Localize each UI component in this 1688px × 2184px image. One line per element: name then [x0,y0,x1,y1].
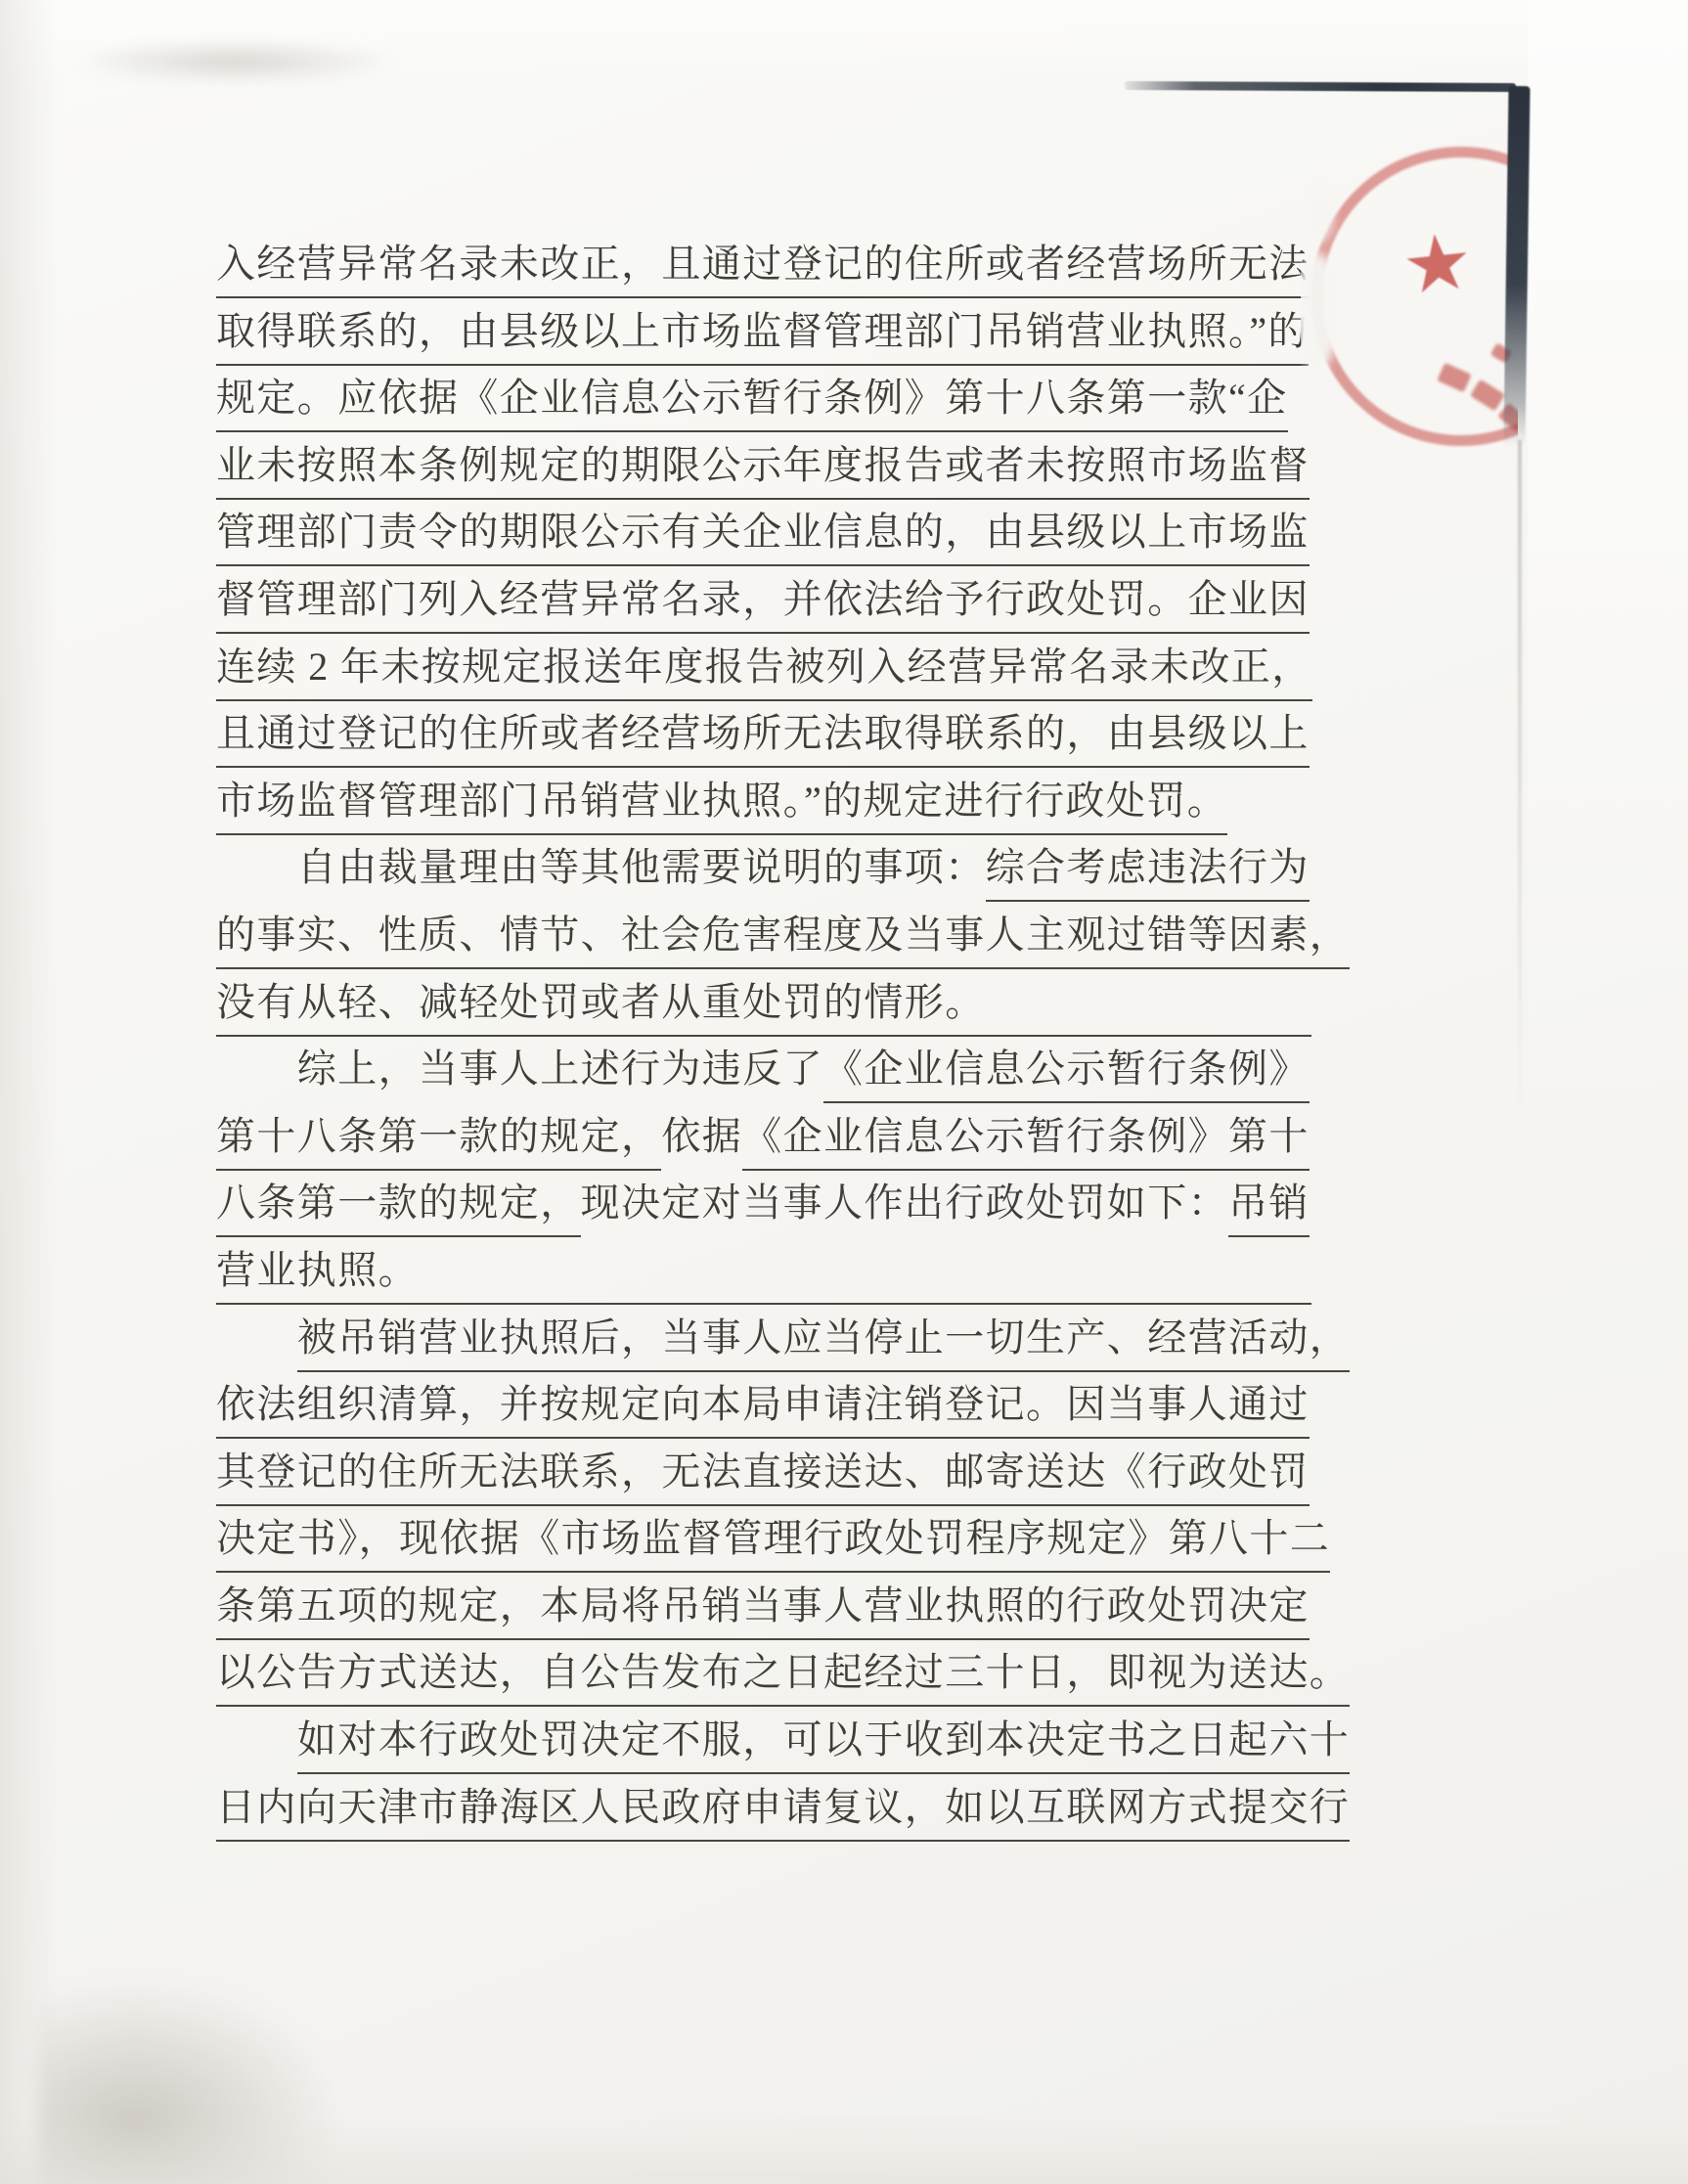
paper-shadow-bottom-left [39,1966,362,2184]
text-line: 被吊销营业执照后，当事人应当停止一切生产、经营活动， [216,1314,1311,1381]
text-segment: 依法组织清算，并按规定向本局申请注销登记。因当事人通过 [216,1380,1310,1439]
paper-edge-faint-line [1518,440,1522,1125]
text-line: 其登记的住所无法联系，无法直接送达、邮寄送达《行政处罚 [216,1448,1311,1515]
paper-shadow-bottom [0,2113,1688,2184]
text-segment: 自由裁量理由等其他需要说明的事项： [216,843,986,902]
text-segment: 取得联系的，由县级以上市场监督管理部门吊销营业执照。”的 [216,307,1309,366]
text-segment: 没有从轻、减轻处罚或者从重处罚的情形。 [216,978,986,1037]
text-line: 业未按照本条例规定的期限公示年度报告或者未按照市场监督 [216,441,1311,509]
text-line: 营业执照。 [216,1246,1311,1314]
text-line: 决定书》，现依据《市场监督管理行政处罚程序规定》第八十二 [216,1514,1311,1582]
text-line: 日内向天津市静海区人民政府申请复议，如以互联网方式提交行 [216,1783,1311,1850]
text-segment: 营业执照。 [216,1246,419,1305]
text-segment: 依据 [661,1112,742,1171]
text-segment [216,1716,297,1774]
text-line: 依法组织清算，并按规定向本局申请注销登记。因当事人通过 [216,1380,1311,1448]
text-segment: 条第五项的规定，本局将吊销当事人营业执照的行政处罚决定 [216,1582,1310,1640]
text-segment [216,1314,297,1372]
text-line: 督管理部门列入经营异常名录，并依法给予行政处罚。企业因 [216,575,1311,643]
text-line: 以公告方式送达，自公告发布之日起经过三十日，即视为送达。 [216,1648,1311,1716]
paper-shadow-top [0,0,1688,84]
text-segment: 规定。应依据《企业信息公示暂行条例》第十八条第一款“企 [216,374,1288,432]
paper-shadow-left-edge [0,0,59,2184]
text-segment: 吊销 [1228,1179,1310,1237]
text-line: 取得联系的，由县级以上市场监督管理部门吊销营业执照。”的 [216,307,1311,375]
seal-ink-fade [1305,184,1334,243]
text-segment: 管理部门责令的期限公示有关企业信息的，由县级以上市场监 [216,508,1310,566]
scanned-document-page: 入经营异常名录未改正，且通过登记的住所或者经营场所无法取得联系的，由县级以上市场… [0,0,1688,2184]
seal-star-icon: ★ [1399,221,1477,306]
text-line: 第十八条第一款的规定，依据《企业信息公示暂行条例》第十 [216,1112,1311,1180]
paper-edge-band-right [1503,86,1530,446]
text-segment: 连续 2 年未按规定报送年度报告被列入经营异常名录未改正， [216,643,1312,701]
official-seal: ★ [1301,115,1518,468]
text-segment: 日内向天津市静海区人民政府申请复议，如以互联网方式提交行 [216,1783,1350,1842]
underline-filler [419,1246,1311,1305]
text-segment: 市场监督管理部门吊销营业执照。”的规定进行行政处罚。 [216,777,1227,835]
text-line: 管理部门责令的期限公示有关企业信息的，由县级以上市场监 [216,508,1311,575]
text-line: 入经营异常名录未改正，且通过登记的住所或者经营场所无法 [216,240,1311,307]
text-line: 没有从轻、减轻处罚或者从重处罚的情形。 [216,978,1311,1046]
document-text: 入经营异常名录未改正，且通过登记的住所或者经营场所无法取得联系的，由县级以上市场… [216,240,1311,1850]
text-segment: 其登记的住所无法联系，无法直接送达、邮寄送达《行政处罚 [216,1448,1310,1506]
text-segment: 决定书》，现依据《市场监督管理行政处罚程序规定》第八十二 [216,1514,1330,1573]
text-segment: 入经营异常名录未改正，且通过登记的住所或者经营场所无法 [216,240,1310,298]
text-segment: 《企业信息公示暂行条例》 [823,1045,1310,1103]
text-line: 连续 2 年未按规定报送年度报告被列入经营异常名录未改正， [216,643,1311,710]
text-segment: 第十八条第一款的规定， [216,1112,661,1171]
text-line: 且通过登记的住所或者经营场所无法取得联系的，由县级以上 [216,709,1311,777]
text-segment: 《企业信息公示暂行条例》第十 [742,1112,1310,1171]
text-segment: 现决定对当事人作出行政处罚如下： [581,1179,1228,1237]
text-line: 条第五项的规定，本局将吊销当事人营业执照的行政处罚决定 [216,1582,1311,1649]
text-segment: 如对本行政处罚决定不服，可以于收到本决定书之日起六十 [297,1716,1350,1774]
text-segment: 八条第一款的规定， [216,1179,581,1237]
text-line: 八条第一款的规定，现决定对当事人作出行政处罚如下：吊销 [216,1179,1311,1246]
text-segment: 且通过登记的住所或者经营场所无法取得联系的，由县级以上 [216,709,1310,768]
underline-filler [986,978,1311,1037]
background-white-right [1528,0,1688,1271]
text-segment: 的事实、性质、情节、社会危害程度及当事人主观过错等因素， [216,911,1350,969]
text-line: 市场监督管理部门吊销营业执照。”的规定进行行政处罚。 [216,777,1311,844]
text-line: 的事实、性质、情节、社会危害程度及当事人主观过错等因素， [216,911,1311,978]
scan-edge-line-top [1125,81,1516,92]
text-segment: 被吊销营业执照后，当事人应当停止一切生产、经营活动， [297,1314,1350,1372]
text-segment: 督管理部门列入经营异常名录，并依法给予行政处罚。企业因 [216,575,1310,634]
text-line: 自由裁量理由等其他需要说明的事项：综合考虑违法行为 [216,843,1311,911]
paper-shadow-top-left [68,39,401,84]
text-segment: 业未按照本条例规定的期限公示年度报告或者未按照市场监督 [216,441,1310,500]
text-segment: 综合考虑违法行为 [986,843,1310,902]
text-segment: 以公告方式送达，自公告发布之日起经过三十日，即视为送达。 [216,1648,1350,1707]
text-line: 如对本行政处罚决定不服，可以于收到本决定书之日起六十 [216,1716,1311,1783]
text-line: 综上，当事人上述行为违反了《企业信息公示暂行条例》 [216,1045,1311,1112]
text-segment: 综上，当事人上述行为违反了 [216,1045,823,1103]
text-line: 规定。应依据《企业信息公示暂行条例》第十八条第一款“企 [216,374,1311,441]
